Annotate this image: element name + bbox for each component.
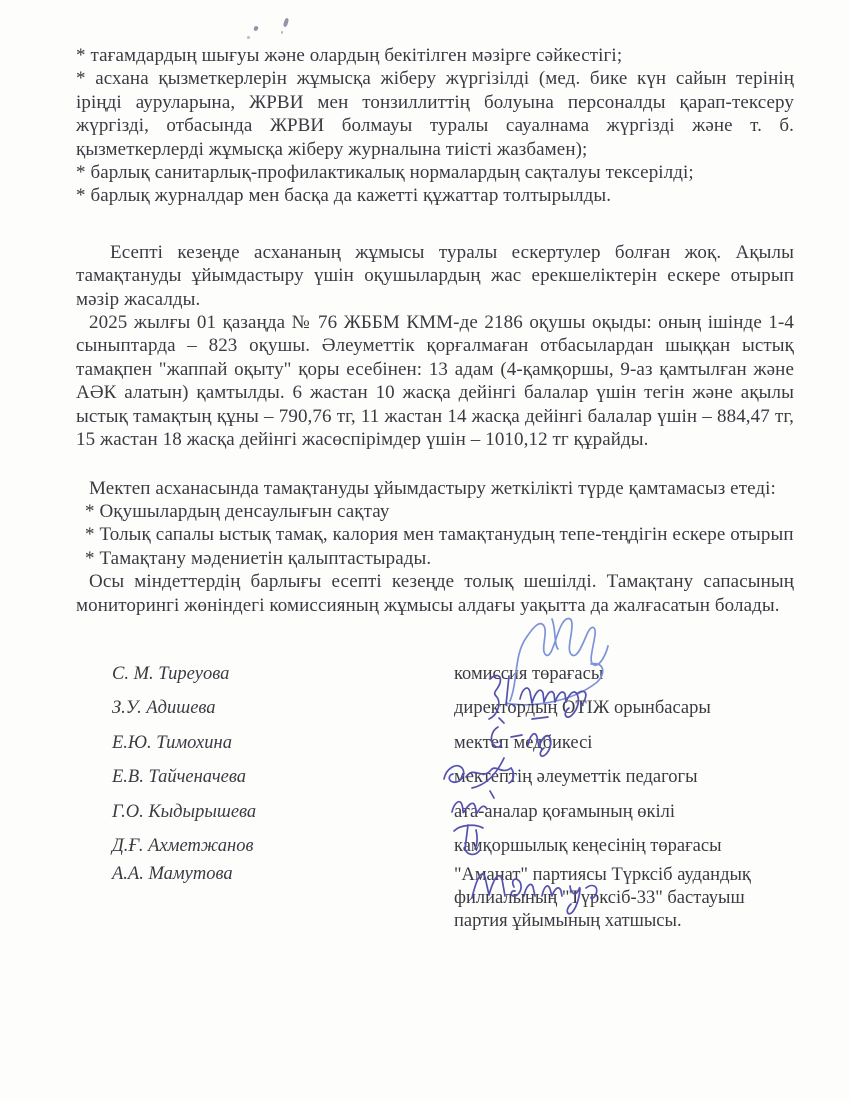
signature-row: А.А. Мамутова "Аманат" партиясы Түрксіб … [112,864,850,933]
signer-name: Д.Ғ. Ахметжанов [112,836,288,857]
signature-slot [288,760,454,795]
signature-ink-kydyrysheva [444,786,500,822]
bullet-line: * Тамақтану мәдениетін қалыптастырады. [76,547,794,570]
bullet-line: * тағамдардың шығуы және олардың бекітіл… [76,44,794,67]
paragraph-closing: Осы міндеттердің барлығы есепті кезеңде … [76,570,794,617]
signature-slot [288,691,454,726]
signature-slot [288,726,454,761]
signature-slot [288,829,454,864]
document-page: * тағамдардың шығуы және олардың бекітіл… [0,0,850,1100]
signer-name: С. М. Тиреуова [112,664,288,685]
bullet-line: * Толық сапалы ыстық тамақ, калория мен … [76,523,794,546]
paragraph-report: Есепті кезеңде асхананың жұмысы туралы е… [76,241,794,311]
signature-block: С. М. Тиреуова комиссия төрағасы З.У. Ад… [112,657,850,933]
bullet-line: * Оқушылардың денсаулығын сақтау [76,500,794,523]
signature-slot [288,864,454,933]
bullet-line: * асхана қызметкерлерін жұмысқа жіберу ж… [76,67,794,161]
signer-name: А.А. Мамутова [112,864,288,885]
signature-ink-akhmetzhanov [446,818,494,860]
signer-name: Г.О. Кыдырышева [112,802,288,823]
signature-slot [288,657,454,692]
signature-slot [288,795,454,830]
bullet-line: * барлық журналдар мен басқа да кажетті … [76,184,794,207]
document-body: * тағамдардың шығуы және олардың бекітіл… [0,0,850,617]
paragraph-canteen: Мектеп асханасында тамақтануды ұйымдасты… [76,477,794,500]
signer-name: З.У. Адишева [112,698,288,719]
signer-title: камқоршылық кеңесінің төрағасы [454,835,850,858]
signer-title: ата-аналар қоғамының өкілі [454,801,850,824]
signature-ink-timokhina [484,715,566,759]
signature-row: З.У. Адишева директордың ОТІЖ орынбасары [112,691,850,726]
signature-ink-mamutova [464,858,612,918]
signer-name: Е.Ю. Тимохина [112,733,288,754]
paragraph-stats: 2025 жылғы 01 қазаңда № 76 ЖББМ КММ-де 2… [76,311,794,451]
signer-name: Е.В. Тайченачева [112,767,288,788]
bullet-line: * барлық санитарлық-профилактикалық норм… [76,161,794,184]
